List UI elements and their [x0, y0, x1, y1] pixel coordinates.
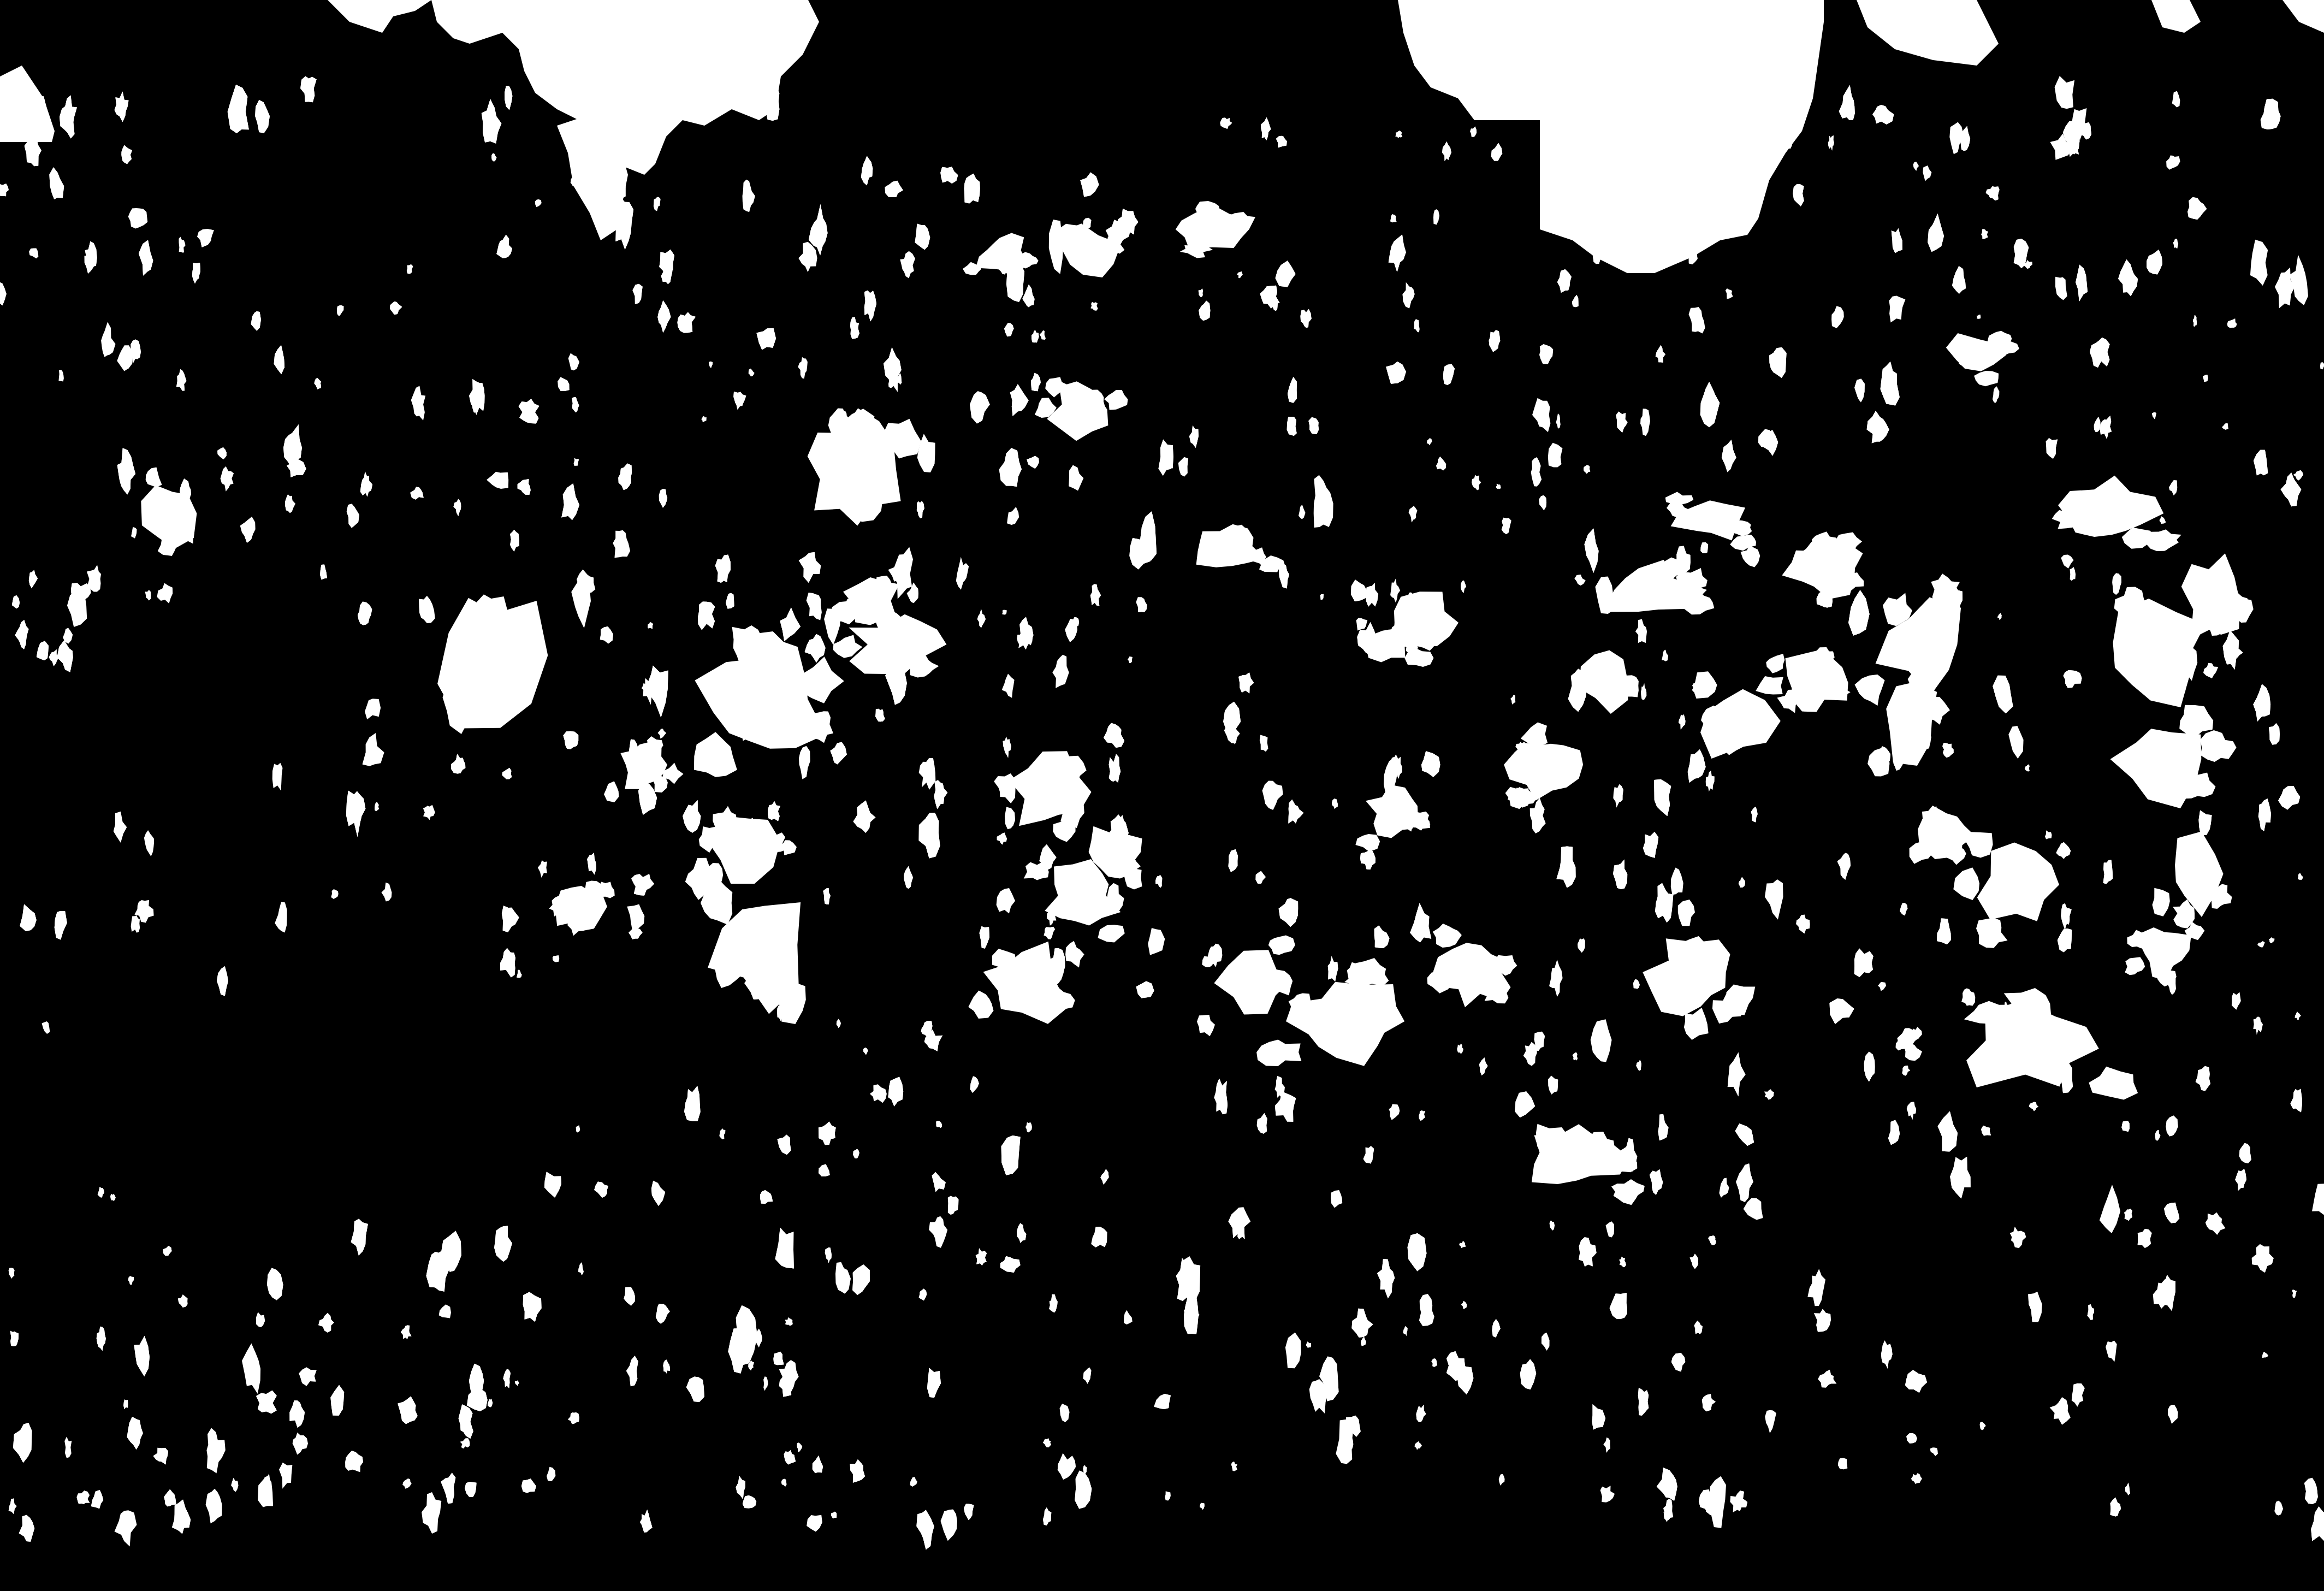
binary-foliage-image: [0, 0, 2324, 1591]
